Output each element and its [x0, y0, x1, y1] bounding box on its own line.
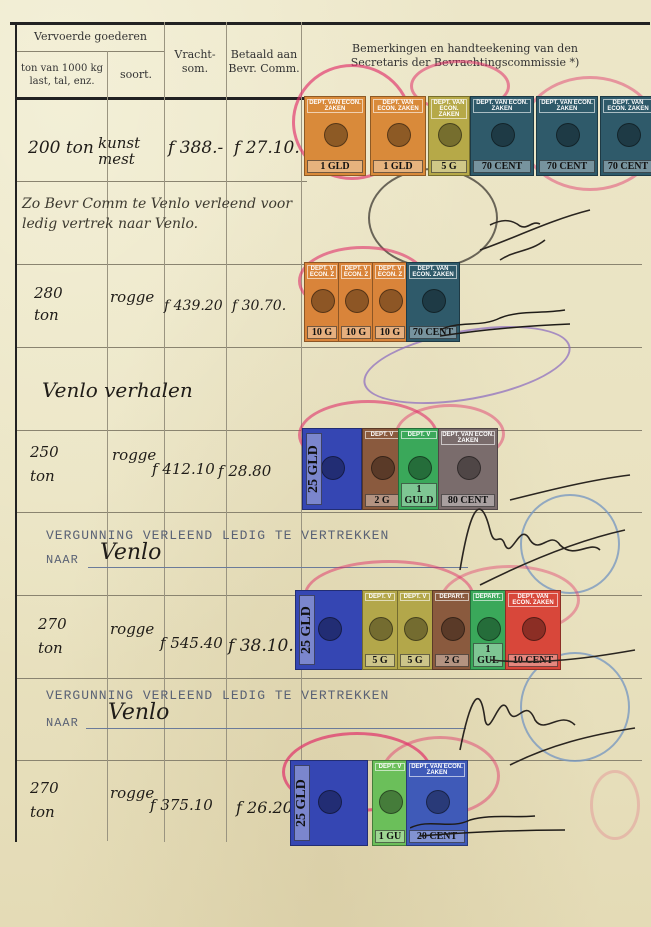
stamp-value: 5 G — [431, 160, 467, 173]
revenue-stamp: DEPART.2 G — [432, 590, 472, 670]
header-sub-rule — [17, 51, 164, 52]
stamp-value: 1 GU — [375, 830, 405, 843]
left-border — [15, 22, 17, 842]
entry-9-kind: rogge — [110, 784, 154, 802]
entry-7-kind: rogge — [110, 620, 154, 638]
stamp-header: DEPART. — [473, 593, 503, 601]
stamp-header: DEPT. V — [400, 593, 430, 601]
revenue-stamp: DEPT. V1 GU — [372, 760, 408, 846]
revenue-stamp: DEPT. VAN ECON. ZAKEN70 CENT — [470, 96, 534, 176]
stamp-value: 5 G — [400, 654, 430, 667]
lion-emblem-icon — [408, 456, 432, 480]
lion-emblem-icon — [556, 123, 580, 147]
stamp-header: DEPT. V — [365, 431, 399, 439]
entry-7-freight: f 545.40 — [160, 634, 223, 652]
lion-emblem-icon — [491, 123, 515, 147]
entry-3-paid: f 30.70. — [232, 298, 286, 314]
revenue-stamp: DEPT. VAN ECON. ZAKEN1 GLD — [370, 96, 426, 176]
stamp-header: DEPT. VAN ECON. ZAKEN — [431, 99, 467, 119]
black-round-seal — [368, 168, 498, 268]
revenue-stamp: DEPT. VAN ECON. ZAKEN70 CENT — [536, 96, 598, 176]
top-rule — [10, 22, 650, 25]
stamp-value: 1 GUL — [473, 643, 503, 667]
entry-9-freight: f 375.10 — [150, 796, 213, 814]
revenue-stamp: DEPT. V ECON. Z10 G — [304, 262, 340, 342]
lion-emblem-icon — [477, 617, 501, 641]
revenue-stamp: 25 GLD — [302, 428, 362, 510]
entry-2-note: Zo Bevr Comm te Venlo verleend voor ledi… — [22, 194, 302, 234]
stamp-header: DEPT. VAN ECON. ZAKEN — [373, 99, 423, 113]
entry-3-freight: f 439.20 — [164, 298, 223, 314]
stamp-value: 1 GLD — [307, 160, 363, 173]
header-tons: ton van 1000 kg last, tal, enz. — [18, 62, 106, 88]
lion-emblem-icon — [321, 456, 345, 480]
revenue-stamp: DEPT. VAN ECON. ZAKEN1 GLD — [304, 96, 366, 176]
lion-emblem-icon — [522, 617, 546, 641]
lion-emblem-icon — [369, 617, 393, 641]
entry-8-permit-text: VERGUNNING VERLEEND LEDIG TE VERTREKKEN — [46, 688, 389, 703]
entry-5-tons: 250 ton — [30, 440, 80, 488]
stamp-header: DEPT. VAN ECON. ZAKEN — [409, 763, 465, 777]
stamp-value: 10 G — [375, 326, 405, 339]
stamp-value: 1 GULD — [401, 483, 437, 507]
entry-6-naar-value: Venlo — [100, 540, 161, 565]
stamp-header: DEPT. V ECON. Z — [341, 265, 371, 279]
lion-emblem-icon — [318, 790, 342, 814]
revenue-stamp: DEPT. VAN ECON. ZAKEN80 CENT — [438, 428, 498, 510]
stamp-value: 80 CENT — [441, 494, 495, 507]
revenue-stamp: DEPT. V ECON. Z10 G — [372, 262, 408, 342]
row-rule — [17, 512, 642, 513]
stamp-value: 70 CENT — [409, 326, 457, 339]
entry-6-underline — [88, 567, 468, 568]
revenue-stamp: DEPT. VAN ECON. ZAKEN5 G — [428, 96, 470, 176]
stamp-header: DEPT. VAN ECON. ZAKEN — [603, 99, 651, 113]
revenue-stamp: DEPT. V1 GULD — [398, 428, 440, 510]
stamp-value: 5 G — [365, 654, 395, 667]
revenue-stamp: DEPT. VAN ECON. ZAKEN10 CENT — [505, 590, 561, 670]
entry-1-freight: f 388.- — [168, 138, 223, 158]
stamp-value: 20 CENT — [409, 830, 465, 843]
lion-emblem-icon — [345, 289, 369, 313]
lion-emblem-icon — [379, 790, 403, 814]
entry-8-naar-label: NAAR — [46, 716, 79, 730]
lion-emblem-icon — [426, 790, 450, 814]
stamp-header: DEPT. VAN ECON. ZAKEN — [441, 431, 495, 445]
row-rule — [17, 678, 642, 679]
entry-3-tons: 280 ton — [34, 282, 84, 326]
stamp-header: DEPT. V ECON. Z — [375, 265, 405, 279]
lion-emblem-icon — [387, 123, 411, 147]
lion-emblem-icon — [617, 123, 641, 147]
stamp-value: 10 CENT — [508, 654, 558, 667]
stamp-value: 2 G — [435, 654, 469, 667]
header-paid: Betaald aan Bevr. Comm. — [228, 48, 300, 76]
lion-emblem-icon — [422, 289, 446, 313]
blue-round-seal — [520, 494, 620, 594]
header-goods-group: Vervoerde goederen — [17, 30, 164, 44]
entry-8-naar-value: Venlo — [108, 700, 169, 725]
stamp-header: DEPT. V — [401, 431, 437, 439]
entry-5-freight: f 412.10 — [152, 460, 215, 478]
revenue-stamp: DEPT. V5 G — [397, 590, 433, 670]
stamp-header: DEPT. VAN ECON. ZAKEN — [508, 593, 558, 607]
entry-1-kind: kunst mest — [98, 135, 168, 167]
stamp-value: 70 CENT — [603, 160, 651, 173]
stamp-header: DEPT. V — [375, 763, 405, 771]
stamp-value: 70 CENT — [473, 160, 531, 173]
stamp-value: 70 CENT — [539, 160, 595, 173]
signature-2 — [440, 300, 590, 340]
lion-emblem-icon — [318, 617, 342, 641]
entry-9-paid: f 26.20 — [236, 798, 293, 817]
lion-emblem-icon — [324, 123, 348, 147]
freight-document-page: Vervoerde goederen ton van 1000 kg last,… — [0, 0, 651, 927]
entry-7-tons: 270 ton — [38, 612, 88, 660]
stamp-value: 25 GLD — [294, 765, 310, 841]
entry-8-underline — [86, 728, 466, 729]
stamp-header: DEPT. VAN ECON. ZAKEN — [473, 99, 531, 113]
row-rule — [17, 181, 307, 182]
entry-9-tons: 270 ton — [30, 776, 80, 824]
stamp-header: DEPART. — [435, 593, 469, 601]
stamp-header: DEPT. V ECON. Z — [307, 265, 337, 279]
stamp-value: 25 GLD — [299, 595, 315, 665]
lion-emblem-icon — [438, 123, 462, 147]
stamp-header: DEPT. V — [365, 593, 395, 601]
stamp-header: DEPT. VAN ECON. ZAKEN — [307, 99, 363, 113]
revenue-stamp: DEPT. V2 G — [362, 428, 402, 510]
revenue-stamp: DEPT. VAN ECON. ZAKEN20 CENT — [406, 760, 468, 846]
lion-emblem-icon — [441, 617, 465, 641]
stamp-header: DEPT. VAN ECON. ZAKEN — [539, 99, 595, 113]
stamp-value: 25 GLD — [306, 433, 322, 505]
entry-1-tons: 200 ton — [28, 138, 94, 158]
entry-5-paid: f 28.80 — [218, 462, 271, 480]
signature-1 — [470, 180, 640, 270]
entry-5-kind: rogge — [112, 446, 156, 464]
stamp-value: 10 G — [341, 326, 371, 339]
row-rule — [17, 347, 642, 348]
stamp-value: 2 G — [365, 494, 399, 507]
revenue-stamp: DEPT. VAN ECON. ZAKEN70 CENT — [406, 262, 460, 342]
revenue-stamp: 25 GLD — [295, 590, 363, 670]
stamp-value: 1 GLD — [373, 160, 423, 173]
revenue-stamp: DEPT. VAN ECON. ZAKEN70 CENT — [600, 96, 651, 176]
header-bottom-rule — [17, 97, 307, 100]
entry-6-permit-text: VERGUNNING VERLEEND LEDIG TE VERTREKKEN — [46, 528, 389, 543]
entry-1-paid: f 27.10. — [234, 138, 300, 158]
lion-emblem-icon — [311, 289, 335, 313]
entry-4-note: Venlo verhalen — [42, 378, 193, 402]
revenue-stamp: DEPT. V5 G — [362, 590, 398, 670]
faded-red-seal — [590, 770, 640, 840]
stamp-header: DEPT. VAN ECON. ZAKEN — [409, 265, 457, 279]
lion-emblem-icon — [457, 456, 481, 480]
revenue-stamp: 25 GLD — [290, 760, 368, 846]
entry-3-kind: rogge — [110, 288, 154, 306]
col-divider — [226, 22, 227, 842]
lion-emblem-icon — [379, 289, 403, 313]
entry-6-naar-label: NAAR — [46, 553, 79, 567]
entry-7-paid: f 38.10. — [228, 636, 294, 656]
lion-emblem-icon — [404, 617, 428, 641]
lion-emblem-icon — [371, 456, 395, 480]
header-remarks: Bemerkingen en handteekening van den Sec… — [345, 42, 585, 70]
revenue-stamp: DEPART.1 GUL — [470, 590, 506, 670]
header-freight: Vracht-som. — [168, 48, 222, 76]
stamp-value: 10 G — [307, 326, 337, 339]
revenue-stamp: DEPT. V ECON. Z10 G — [338, 262, 374, 342]
header-kind: soort. — [108, 68, 164, 82]
